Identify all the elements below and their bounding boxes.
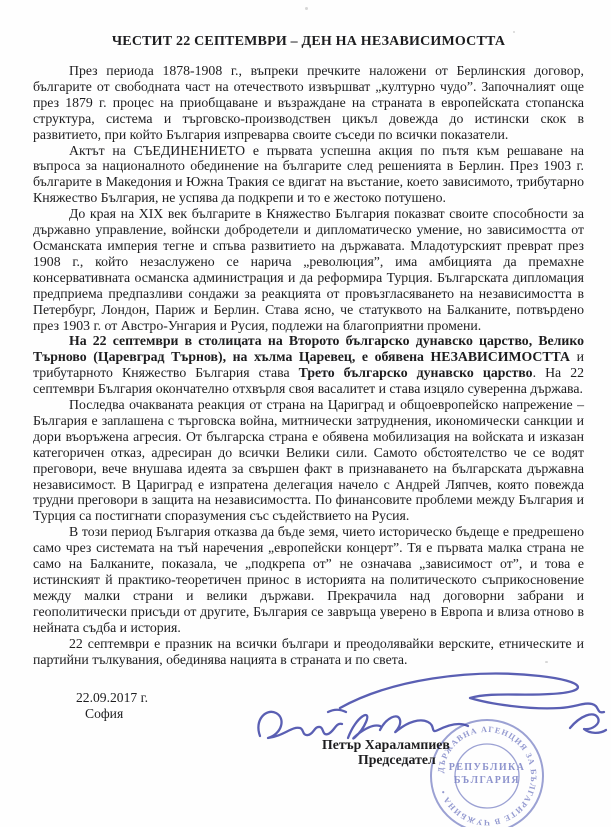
body-paragraphs: През периода 1878-1908 г., въпреки пречк… [33,63,584,667]
date-place-block: 22.09.2017 г. София [76,690,148,722]
paragraph: В този период България отказва да бъде з… [33,524,584,635]
scan-speckle [513,31,515,33]
signature [258,674,606,739]
paragraph-bold-segment: На 22 септември в столицата на Второто б… [33,333,584,364]
paragraph: Актът на СЪЕДИНЕНИЕТО е първата успешна … [33,143,584,207]
document-page: ЧЕСТИТ 22 СЕПТЕМВРИ – ДЕН НА НЕЗАВИСИМОС… [0,0,611,827]
paragraph-segment: Актът на СЪЕДИНЕНИЕТО е първата успешна … [33,143,584,206]
paragraph: Последва очакваната реакция от страна на… [33,397,584,524]
paragraph: До края на XIX век българите в Княжество… [33,206,584,333]
paragraph-segment: До края на XIX век българите в Княжество… [33,206,584,332]
paragraph-bold-segment: Трето българско дунавско царство [299,365,533,380]
signature-stroke [348,715,380,738]
paragraph-segment: Последва очакваната реакция от страна на… [33,397,584,523]
signer-title: Председател [358,752,436,768]
document-date: 22.09.2017 г. [76,690,148,706]
signature-stroke [570,714,606,733]
paragraph: На 22 септември в столицата на Второто б… [33,333,584,397]
paragraph-segment: В този период България отказва да бъде з… [33,524,584,634]
stamp-center-line2: БЪЛГАРИЯ [454,775,520,786]
scan-speckle [305,7,308,10]
paragraph: През периода 1878-1908 г., въпреки пречк… [33,63,584,143]
scan-speckle [545,661,548,663]
paragraph-segment: През периода 1878-1908 г., въпреки пречк… [33,63,584,142]
document-title: ЧЕСТИТ 22 СЕПТЕМВРИ – ДЕН НА НЕЗАВИСИМОС… [33,34,584,50]
signature-stroke [258,712,342,738]
signature-stroke [328,710,346,712]
document-city: София [76,706,148,722]
signer-name: Петър Харалампиев [322,737,450,753]
stamp-center-line1: РЕПУБЛИКА [449,762,526,773]
signature-stroke [340,674,604,713]
